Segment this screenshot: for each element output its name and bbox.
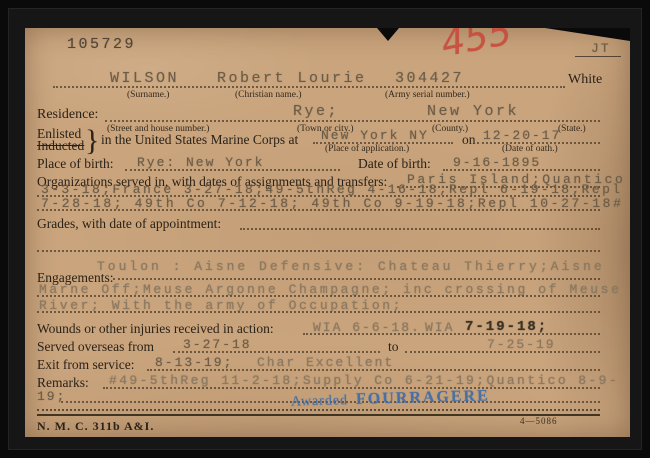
overseas-from-value: 3-27-18 (183, 337, 252, 352)
grades-blank-leader (37, 250, 600, 252)
application-place-value: New York NY (321, 128, 429, 143)
birth-date-label: Date of birth: (358, 156, 431, 172)
serial-number-value: 304427 (395, 70, 464, 87)
surname-label: (Surname.) (127, 90, 169, 100)
christian-name-value: Robert Lourie (217, 70, 367, 87)
birth-date-value: 9-16-1895 (453, 155, 541, 170)
form-number: N. M. C. 311b A&I. (37, 419, 154, 434)
engagements-line1: Toulon : Aisne Defensive: Chateau Thierr… (97, 259, 605, 274)
stamp-prefix: Awarded (291, 393, 348, 409)
file-number: 105729 (67, 36, 136, 53)
overseas-to-value: 7-25-19 (487, 337, 556, 352)
race-value: White (568, 72, 602, 88)
engagements-leader-1 (113, 278, 600, 280)
enlisted-brace: } (85, 124, 99, 158)
birth-place-label: Place of birth: (37, 156, 113, 172)
grades-label: Grades, with date of appointment: (37, 216, 221, 232)
application-place-label: (Place of application.) (325, 144, 409, 154)
birth-place-value: Rye: New York (137, 155, 264, 170)
fourragere-stamp: AwardedFOURRAGERE (291, 387, 490, 410)
clerk-initials: JT (591, 41, 611, 56)
initials-underline (575, 56, 621, 57)
service-record-card: 105729 455 JT WILSON Robert Lourie 30442… (25, 28, 630, 437)
engagements-leader-3 (37, 311, 600, 313)
red-pencil-annotation: 455 (438, 28, 516, 65)
grades-leader (240, 228, 600, 230)
remarks-line1: #49-5thReg 11-2-18;Supply Co 6-21-19;Qua… (109, 373, 619, 388)
serial-number-label: (Army serial number.) (385, 90, 470, 100)
wounds-label: Wounds or other injuries received in act… (37, 321, 274, 337)
print-code: 4—5086 (520, 416, 558, 426)
on-word: on (462, 132, 476, 148)
enlisted-sentence: in the United States Marine Corps at (101, 132, 298, 148)
oath-date-value: 12-20-17 (483, 128, 561, 143)
exit-label: Exit from service: (37, 357, 134, 373)
organizations-line2: 3-3-18;France 3-27-18;49-5thReg 4-16-18;… (41, 182, 622, 197)
wounds-entry-3: 7-19-18; (465, 319, 548, 335)
card-corner-tear (545, 28, 630, 41)
christian-name-label: (Christian name.) (235, 90, 301, 100)
residence-leader (105, 120, 600, 122)
wounds-entry-1: WIA 6-6-18. (313, 320, 421, 335)
residence-county-value: New York (427, 103, 519, 120)
footer-rule (37, 409, 600, 416)
engagements-leader-2 (37, 295, 600, 297)
state-label: (State.) (558, 124, 586, 134)
oath-date-label: (Date of oath.) (502, 144, 558, 154)
exit-character-value: Char Excellent (257, 355, 394, 370)
overseas-to-word: to (388, 339, 399, 355)
wounds-entry-2: WIA (425, 320, 454, 335)
inducted-word-struck: Inducted (37, 138, 84, 154)
residence-label: Residence: (37, 107, 98, 123)
exit-date-value: 8-13-19; (155, 355, 233, 370)
card-edge-tear (377, 28, 399, 41)
overseas-label: Served overseas from (37, 339, 154, 355)
surname-value: WILSON (110, 70, 179, 87)
residence-town-value: Rye; (293, 103, 339, 120)
organizations-line3: 7-28-18; 49th Co 7-12-18; 49th Co 9-19-1… (41, 196, 623, 211)
stamp-word: FOURRAGERE (356, 387, 490, 407)
